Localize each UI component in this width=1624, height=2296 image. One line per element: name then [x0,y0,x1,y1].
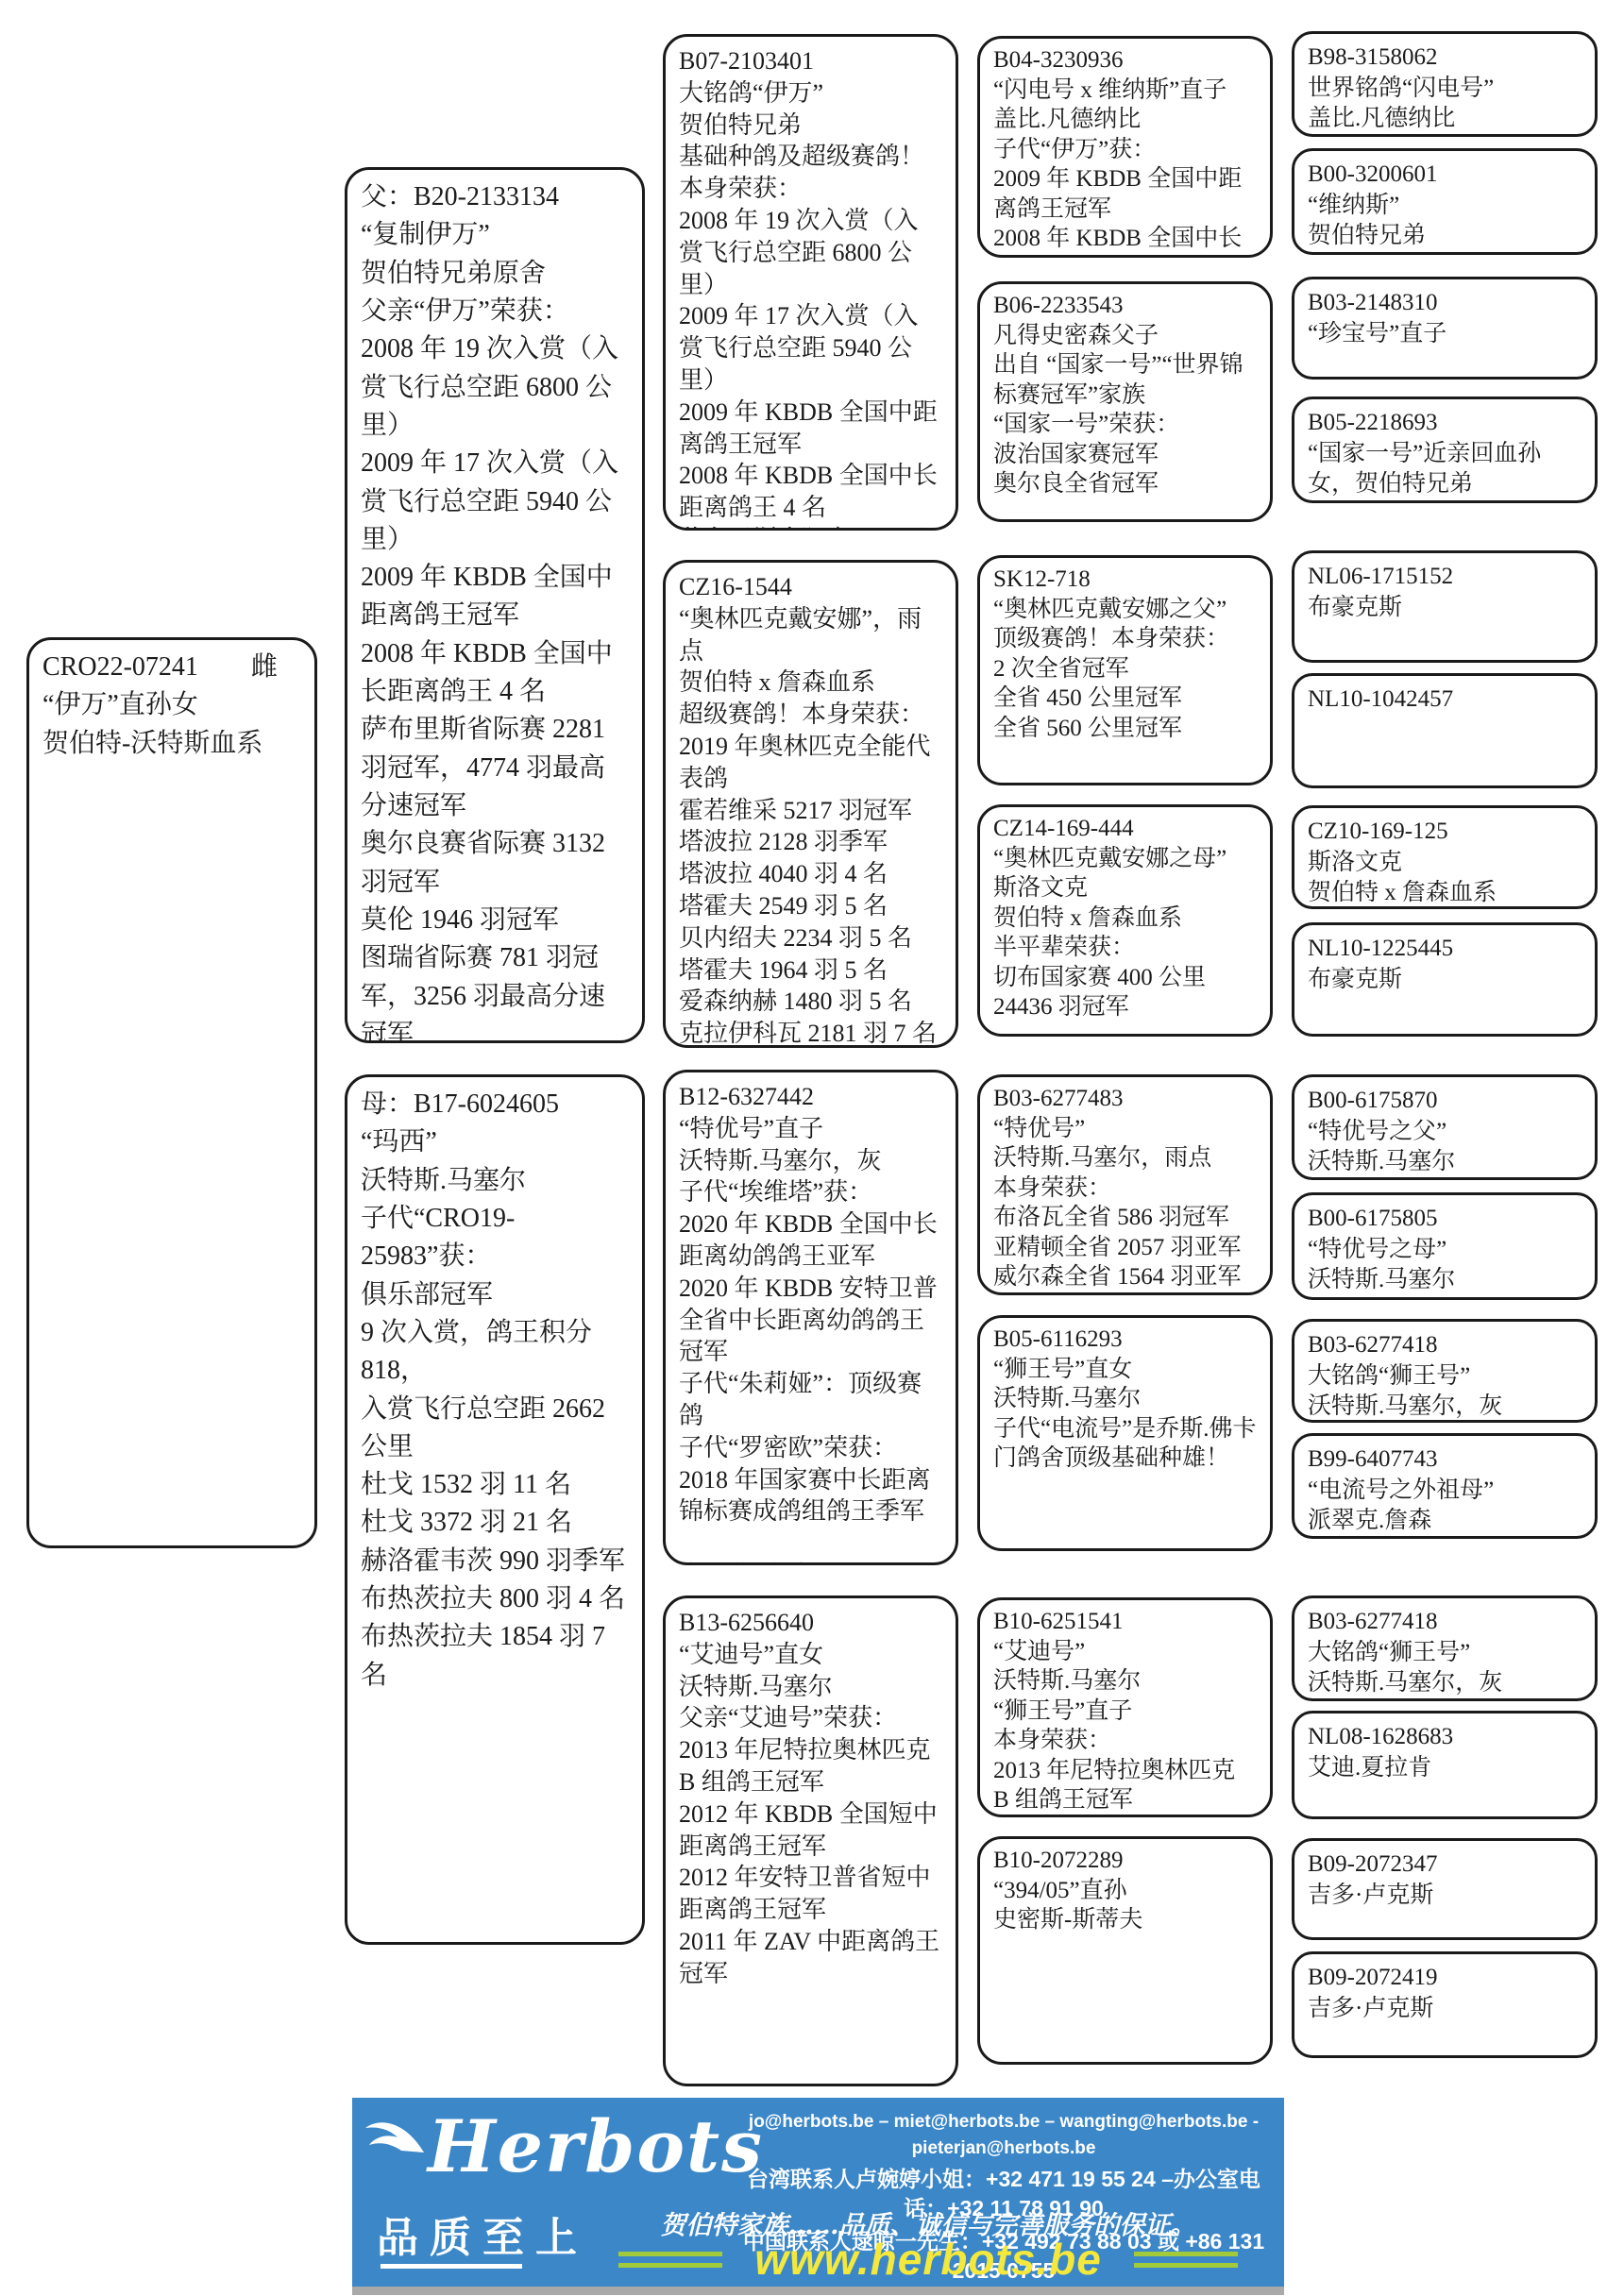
logo-underline [381,2264,522,2269]
contact-emails: jo@herbots.be – miet@herbots.be – wangti… [728,2109,1279,2161]
gen4-box-3: CZ14-169-444 “奥林匹克戴安娜之母” 斯洛文克 贺伯特 x 詹森血系… [977,804,1273,1037]
gen5-box-14: B09-2072347 吉多·卢克斯 [1292,1838,1598,1940]
gen3-box-2: B12-6327442 “特优号”直子 沃特斯.马塞尔，灰 子代“埃维塔”获： … [663,1070,958,1565]
herbots-banner: Herbots 品质至上 jo@herbots.be – miet@herbot… [352,2098,1284,2287]
gen5-box-2: B03-2148310 “珍宝号”直子 [1292,277,1598,380]
gen4-box-5: B05-6116293 “狮王号”直女 沃特斯.马塞尔 子代“电流号”是乔斯.佛… [977,1315,1273,1551]
gen4-box-1: B06-2233543 凡得史密森父子 出自 “国家一号”“世界锦标赛冠军”家族… [977,281,1273,522]
mother-box: 母：B17-6024605 “玛西” 沃特斯.马塞尔 子代“CRO19-2598… [345,1074,645,1945]
divider-lines-left-icon [618,2252,722,2268]
gen5-box-3: B05-2218693 “国家一号”近亲回血孙女，贺伯特兄弟 [1292,397,1598,503]
pedigree-page: CRO22-07241 雌 “伊万”直孙女 贺伯特-沃特斯血系 父：B20-21… [0,0,1624,2296]
gen5-box-7: NL10-1225445 布豪克斯 [1292,922,1598,1037]
gen5-box-0: B98-3158062 世界铭鸽“闪电号” 盖比.凡德纳比 [1292,31,1598,137]
gen5-box-1: B00-3200601 “维纳斯” 贺伯特兄弟 [1292,148,1598,255]
father-box: 父：B20-2133134 “复制伊万” 贺伯特兄弟原舍 父亲“伊万”荣获： 2… [345,167,645,1043]
wing-icon [364,2115,426,2161]
gen5-box-9: B00-6175805 “特优号之母” 沃特斯.马塞尔 [1292,1192,1598,1300]
gen5-box-5: NL10-1042457 [1292,673,1598,788]
gen5-box-15: B09-2072419 吉多·卢克斯 [1292,1951,1598,2058]
gen5-box-6: CZ10-169-125 斯洛文克 贺伯特 x 詹森血系 [1292,805,1598,909]
gen3-box-1: CZ16-1544 “奥林匹克戴安娜”，雨点 贺伯特 x 詹森血系 超级赛鸽！本… [663,560,958,1048]
gen4-box-0: B04-3230936 “闪电号 x 维纳斯”直子 盖比.凡德纳比 子代“伊万”… [977,36,1273,258]
logo-wordmark: Herbots [428,2111,764,2183]
gen3-box-0: B07-2103401 大铭鸽“伊万” 贺伯特兄弟 基础种鸽及超级赛鸽！ 本身荣… [663,34,958,531]
gen5-box-8: B00-6175870 “特优号之父” 沃特斯.马塞尔 [1292,1074,1598,1180]
divider-lines-right-icon [1134,2252,1238,2268]
quality-slogan: 品质至上 [377,2203,588,2264]
gen4-box-2: SK12-718 “奥林匹克戴安娜之父” 顶级赛鸽！本身荣获： 2 次全省冠军 … [977,555,1273,785]
gen5-box-13: NL08-1628683 艾迪.夏拉肯 [1292,1711,1598,1819]
website-text: www.herbots.be [754,2234,1102,2285]
gen5-box-10: B03-6277418 大铭鸽“狮王号” 沃特斯.马塞尔，灰 [1292,1319,1598,1423]
banner-bottom-strip [352,2287,1284,2295]
gen4-box-4: B03-6277483 “特优号” 沃特斯.马塞尔，雨点 本身荣获： 布洛瓦全省… [977,1074,1273,1295]
website-row: www.herbots.be [560,2236,1296,2283]
herbots-logo: Herbots [364,2111,764,2183]
gen3-box-3: B13-6256640 “艾迪号”直女 沃特斯.马塞尔 父亲“艾迪号”荣获： 2… [663,1595,958,2086]
gen4-box-6: B10-6251541 “艾迪号” 沃特斯.马塞尔 “狮王号”直子 本身荣获： … [977,1597,1273,1817]
gen5-box-11: B99-6407743 “电流号之外祖母” 派翠克.詹森 [1292,1433,1598,1539]
gen5-box-12: B03-6277418 大铭鸽“狮王号” 沃特斯.马塞尔，灰 [1292,1595,1598,1701]
gen5-box-4: NL06-1715152 布豪克斯 [1292,550,1598,663]
gen4-box-7: B10-2072289 “394/05”直孙 史密斯-斯蒂夫 [977,1836,1273,2065]
subject-box: CRO22-07241 雌 “伊万”直孙女 贺伯特-沃特斯血系 [26,637,317,1548]
